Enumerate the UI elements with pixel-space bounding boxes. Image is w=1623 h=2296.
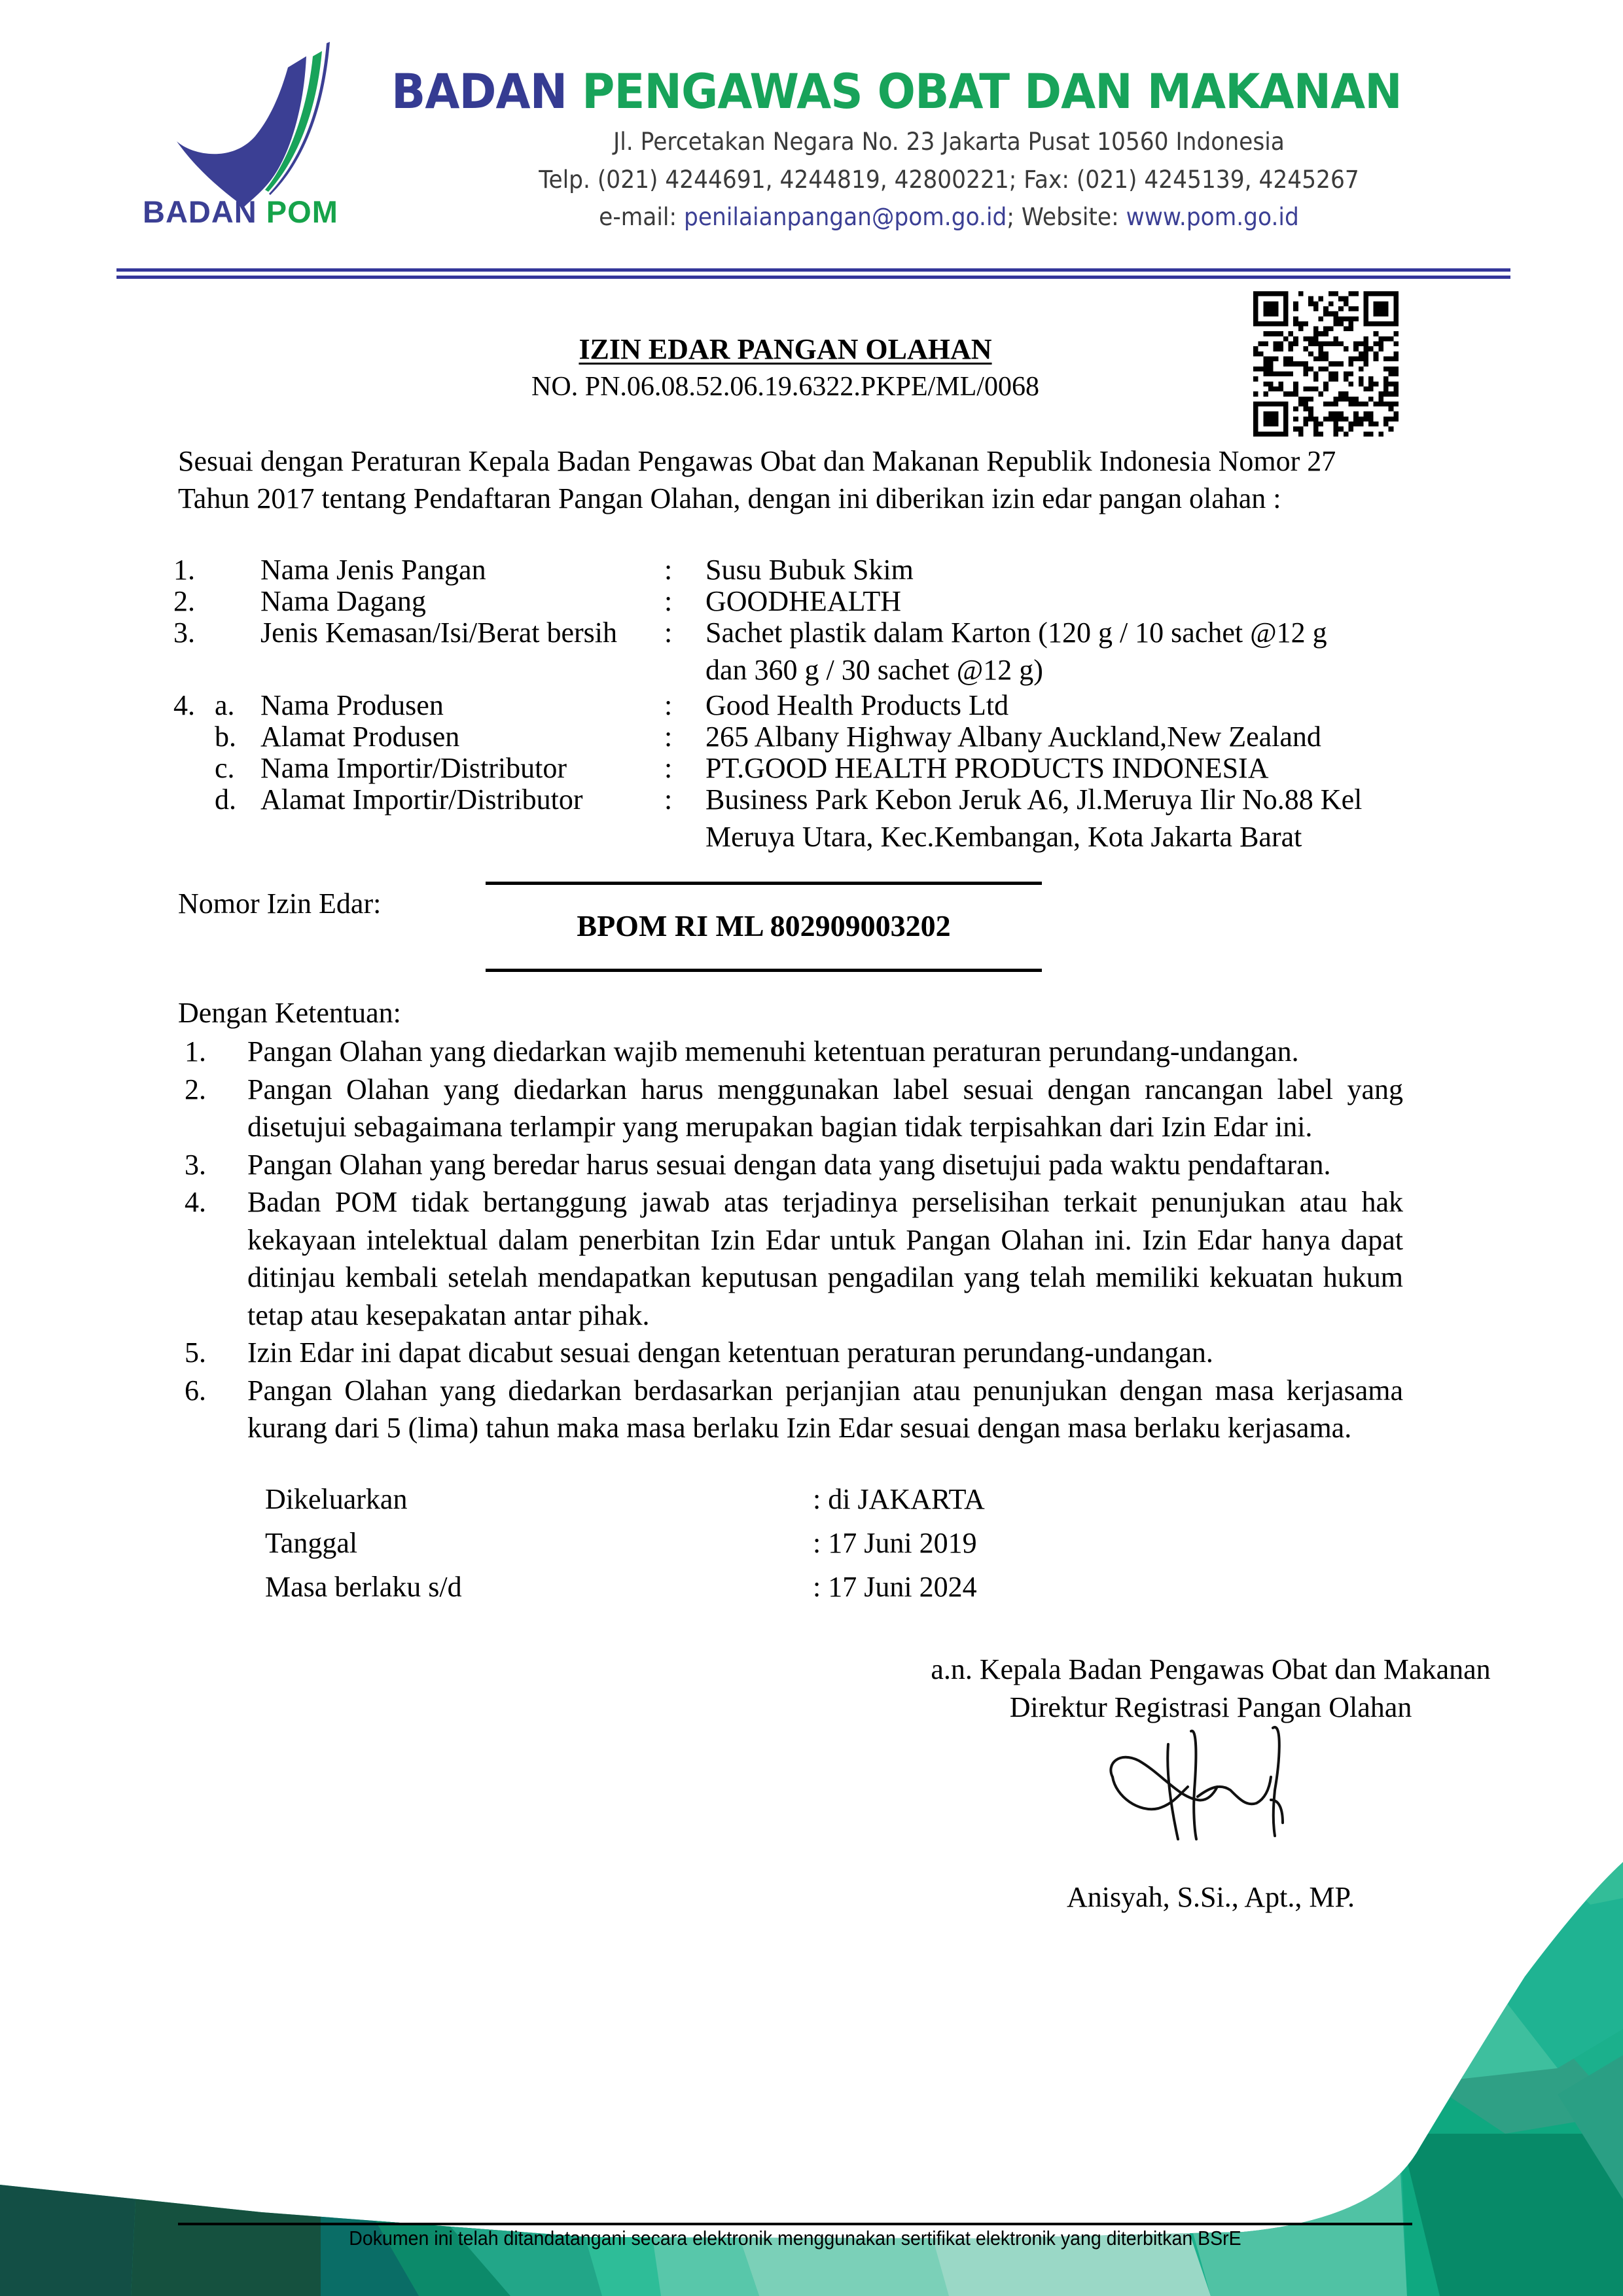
provision-item: 5.Izin Edar ini dapat dicabut sesuai den… (185, 1334, 1403, 1372)
footer-e-signature-note: Dokumen ini telah ditandatangani secara … (0, 2227, 1590, 2250)
detail-label: Nama Importir/Distributor (260, 751, 567, 785)
detail-label: Nama Produsen (260, 689, 444, 722)
provision-number: 4. (185, 1183, 247, 1334)
logo-wordmark: BADAN POM (143, 194, 338, 230)
provision-text: Pangan Olahan yang beredar harus sesuai … (247, 1146, 1403, 1184)
detail-value: dan 360 g / 30 sachet @12 g) (705, 653, 1043, 687)
org-name-badan: BADAN (391, 64, 567, 120)
detail-value: PT.GOOD HEALTH PRODUCTS INDONESIA (705, 751, 1268, 785)
organization-name: BADAN PENGAWAS OBAT DAN MAKANAN (391, 64, 1402, 120)
detail-number: 2. (173, 584, 195, 618)
provisions-list: 1.Pangan Olahan yang diedarkan wajib mem… (185, 1033, 1403, 1447)
email-link[interactable]: penilaianpangan@pom.go.id (684, 203, 1007, 231)
detail-colon: : (664, 751, 672, 785)
detail-number: 4. (173, 689, 195, 722)
detail-label: Nama Dagang (260, 584, 426, 618)
detail-label: Alamat Produsen (260, 720, 459, 753)
detail-value: Meruya Utara, Kec.Kembangan, Kota Jakart… (705, 820, 1302, 853)
detail-number: 3. (173, 616, 195, 649)
detail-value: Sachet plastik dalam Karton (120 g / 10 … (705, 616, 1327, 649)
detail-colon: : (664, 720, 672, 753)
detail-sub-letter: a. (215, 689, 235, 722)
provision-item: 3.Pangan Olahan yang beredar harus sesua… (185, 1146, 1403, 1184)
document-title-text: IZIN EDAR PANGAN OLAHAN (579, 333, 991, 365)
provision-number: 6. (185, 1372, 247, 1447)
detail-number: 1. (173, 553, 195, 586)
issue-value: : 17 Juni 2024 (813, 1570, 977, 1604)
issue-value: : 17 Juni 2019 (813, 1526, 977, 1560)
detail-value: Susu Bubuk Skim (705, 553, 914, 586)
provision-number: 5. (185, 1334, 247, 1372)
website-label: ; Website: (1007, 203, 1126, 231)
provision-item: 2.Pangan Olahan yang diedarkan harus men… (185, 1071, 1403, 1146)
detail-colon: : (664, 783, 672, 816)
detail-value: 265 Albany Highway Albany Auckland,New Z… (705, 720, 1321, 753)
detail-value: Business Park Kebon Jeruk A6, Jl.Meruya … (705, 783, 1362, 816)
signatory-name: Anisyah, S.Si., Apt., MP. (903, 1880, 1518, 1914)
handwritten-signature-icon (1099, 1725, 1322, 1842)
provision-number: 2. (185, 1071, 247, 1146)
phone-fax-line: Telp. (021) 4244691, 4244819, 42800221; … (432, 166, 1467, 194)
issue-value: : di JAKARTA (813, 1482, 985, 1516)
signatory-position: Direktur Registrasi Pangan Olahan (903, 1691, 1518, 1724)
provision-item: 1.Pangan Olahan yang diedarkan wajib mem… (185, 1033, 1403, 1071)
provision-item: 4.Badan POM tidak bertanggung jawab atas… (185, 1183, 1403, 1334)
registration-number-value: BPOM RI ML 802909003202 (486, 908, 1042, 943)
provision-text: Pangan Olahan yang diedarkan harus mengg… (247, 1071, 1403, 1146)
header-divider-bottom (116, 276, 1510, 279)
logo-text-pom: POM (266, 194, 338, 229)
provision-number: 3. (185, 1146, 247, 1184)
address-line: Jl. Percetakan Negara No. 23 Jakarta Pus… (432, 128, 1467, 156)
registration-number-label: Nomor Izin Edar: (178, 887, 381, 920)
intro-paragraph: Sesuai dengan Peraturan Kepala Badan Pen… (178, 442, 1402, 517)
detail-label: Alamat Importir/Distributor (260, 783, 582, 816)
detail-sub-letter: d. (215, 783, 236, 816)
provision-item: 6.Pangan Olahan yang diedarkan berdasark… (185, 1372, 1403, 1447)
header-divider-top (116, 268, 1510, 272)
issue-label: Masa berlaku s/d (265, 1570, 462, 1604)
detail-colon: : (664, 616, 672, 649)
website-link[interactable]: www.pom.go.id (1126, 203, 1299, 231)
logo-text-badan: BADAN (143, 194, 257, 229)
provision-number: 1. (185, 1033, 247, 1071)
detail-colon: : (664, 689, 672, 722)
detail-label: Jenis Kemasan/Isi/Berat bersih (260, 616, 617, 649)
provision-text: Izin Edar ini dapat dicabut sesuai denga… (247, 1334, 1403, 1372)
detail-colon: : (664, 553, 672, 586)
issue-label: Dikeluarkan (265, 1482, 407, 1516)
issue-label: Tanggal (265, 1526, 357, 1560)
footer-rule (178, 2223, 1412, 2225)
detail-sub-letter: c. (215, 751, 235, 785)
footer-text: Dokumen ini telah ditandatangani secara … (349, 2227, 1241, 2250)
detail-value: GOODHEALTH (705, 584, 901, 618)
email-label: e-mail: (599, 203, 684, 231)
qr-code-icon (1253, 291, 1399, 437)
org-name-rest: PENGAWAS OBAT DAN MAKANAN (582, 64, 1402, 120)
registration-bottom-rule (486, 969, 1042, 972)
detail-colon: : (664, 584, 672, 618)
signatory-on-behalf: a.n. Kepala Badan Pengawas Obat dan Maka… (903, 1653, 1518, 1686)
detail-sub-letter: b. (215, 720, 236, 753)
provision-text: Pangan Olahan yang diedarkan berdasarkan… (247, 1372, 1403, 1447)
provision-text: Badan POM tidak bertanggung jawab atas t… (247, 1183, 1403, 1334)
provisions-title: Dengan Ketentuan: (178, 996, 401, 1030)
contact-line: e-mail: penilaianpangan@pom.go.id; Websi… (432, 203, 1467, 231)
registration-top-rule (486, 882, 1042, 885)
detail-value: Good Health Products Ltd (705, 689, 1008, 722)
provision-text: Pangan Olahan yang diedarkan wajib memen… (247, 1033, 1403, 1071)
detail-label: Nama Jenis Pangan (260, 553, 486, 586)
